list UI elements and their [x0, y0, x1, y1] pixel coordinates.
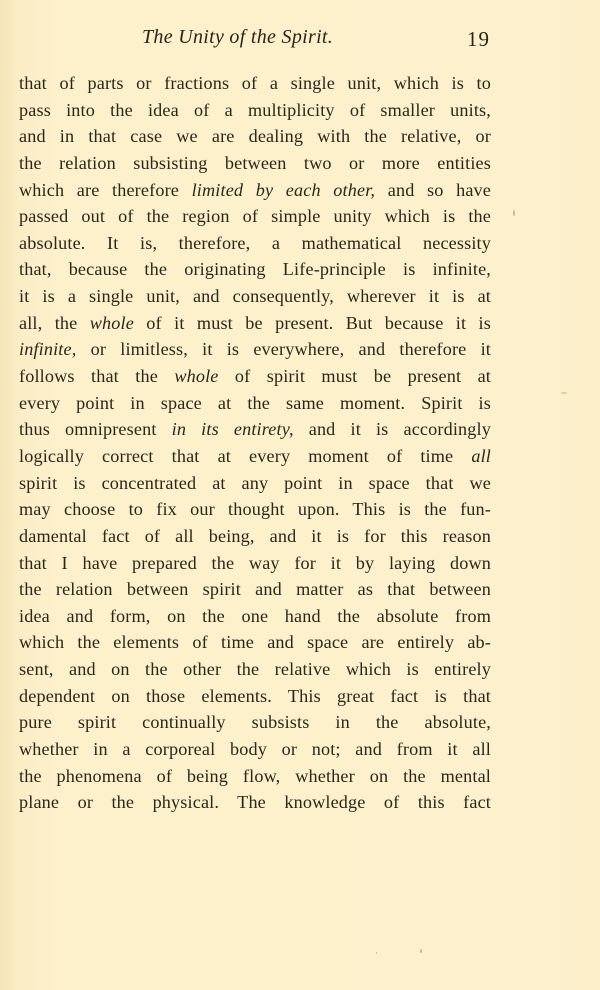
text-run: that I have prepared the way for it by l…: [19, 553, 491, 573]
text-run: absolute. It is, therefore, a mathematic…: [19, 233, 491, 253]
text-line: which are therefore limited by each othe…: [19, 177, 491, 204]
text-run: which are therefore: [19, 180, 192, 200]
text-line: passed out of the region of simple unity…: [19, 203, 491, 230]
text-line: the relation subsisting between two or m…: [19, 150, 491, 177]
text-run: of it must be present. But because it is: [134, 313, 491, 333]
text-run: and in that case we are dealing with the…: [19, 126, 491, 146]
text-line: spirit is concentrated at any point in s…: [19, 470, 491, 497]
text-run: plane or the physical. The knowledge of …: [19, 792, 491, 812]
text-line: damental fact of all being, and it is fo…: [19, 523, 491, 550]
italic-text: in its entirety,: [172, 419, 294, 439]
text-run: may choose to fix our thought upon. This…: [19, 499, 491, 519]
text-run: that, because the originating Life-princ…: [19, 259, 491, 279]
text-run: which the elements of time and space are…: [19, 632, 491, 652]
text-line: thus omnipresent in its entirety, and it…: [19, 416, 491, 443]
text-run: dependent on those elements. This great …: [19, 686, 491, 706]
text-run: idea and form, on the one hand the absol…: [19, 606, 491, 626]
book-page: The Unity of the Spirit. 19 that of part…: [0, 0, 600, 990]
text-line: which the elements of time and space are…: [19, 629, 491, 656]
text-run: follows that the: [19, 366, 174, 386]
text-run: the relation subsisting between two or m…: [19, 153, 491, 173]
text-run: all, the: [19, 313, 90, 333]
text-run: the relation between spirit and matter a…: [19, 579, 491, 599]
text-line: infinite, or limitless, it is everywhere…: [19, 336, 491, 363]
italic-text: whole: [174, 366, 218, 386]
body-text: that of parts or fractions of a single u…: [19, 70, 491, 816]
text-line: the relation between spirit and matter a…: [19, 576, 491, 603]
text-run: spirit is concentrated at any point in s…: [19, 473, 491, 493]
text-run: whether in a corporeal body or not; and …: [19, 739, 491, 759]
text-line: follows that the whole of spirit must be…: [19, 363, 491, 390]
text-line: idea and form, on the one hand the absol…: [19, 603, 491, 630]
text-run: damental fact of all being, and it is fo…: [19, 526, 491, 546]
text-run: and so have: [375, 180, 491, 200]
text-run: pass into the idea of a multiplicity of …: [19, 100, 491, 120]
text-line: every point in space at the same moment.…: [19, 390, 491, 417]
text-line: sent, and on the other the relative whic…: [19, 656, 491, 683]
text-line: pass into the idea of a multiplicity of …: [19, 97, 491, 124]
running-head: The Unity of the Spirit. 19: [20, 26, 490, 56]
text-line: and in that case we are dealing with the…: [19, 123, 491, 150]
text-line: whether in a corporeal body or not; and …: [19, 736, 491, 763]
text-run: that of parts or fractions of a single u…: [19, 73, 491, 93]
text-line: that I have prepared the way for it by l…: [19, 550, 491, 577]
text-line: may choose to fix our thought upon. This…: [19, 496, 491, 523]
paper-speck: [376, 952, 377, 954]
paper-speck: [420, 949, 422, 953]
paper-speck: [513, 210, 515, 216]
text-run: it is a single unit, and consequently, w…: [19, 286, 491, 306]
italic-text: infinite,: [19, 339, 76, 359]
text-line: it is a single unit, and consequently, w…: [19, 283, 491, 310]
italic-text: all: [471, 446, 491, 466]
text-line: logically correct that at every moment o…: [19, 443, 491, 470]
text-run: or limitless, it is everywhere, and ther…: [76, 339, 491, 359]
text-line: that, because the originating Life-princ…: [19, 256, 491, 283]
text-line: absolute. It is, therefore, a mathematic…: [19, 230, 491, 257]
text-run: every point in space at the same moment.…: [19, 393, 491, 413]
text-line: the phenomena of being flow, whether on …: [19, 763, 491, 790]
text-run: passed out of the region of simple unity…: [19, 206, 491, 226]
italic-text: whole: [90, 313, 134, 333]
text-run: of spirit must be present at: [219, 366, 491, 386]
text-line: dependent on those elements. This great …: [19, 683, 491, 710]
text-run: pure spirit continually subsists in the …: [19, 712, 491, 732]
text-run: the phenomena of being flow, whether on …: [19, 766, 491, 786]
text-run: and it is accordingly: [294, 419, 491, 439]
page-number: 19: [467, 27, 490, 52]
text-run: logically correct that at every moment o…: [19, 446, 471, 466]
running-title: The Unity of the Spirit.: [142, 26, 333, 49]
text-line: that of parts or fractions of a single u…: [19, 70, 491, 97]
text-run: sent, and on the other the relative whic…: [19, 659, 491, 679]
text-run: thus omnipresent: [19, 419, 172, 439]
italic-text: limited by each other,: [192, 180, 376, 200]
paper-speck: [561, 392, 567, 394]
text-line: all, the whole of it must be present. Bu…: [19, 310, 491, 337]
text-line: pure spirit continually subsists in the …: [19, 709, 491, 736]
text-line: plane or the physical. The knowledge of …: [19, 789, 491, 816]
